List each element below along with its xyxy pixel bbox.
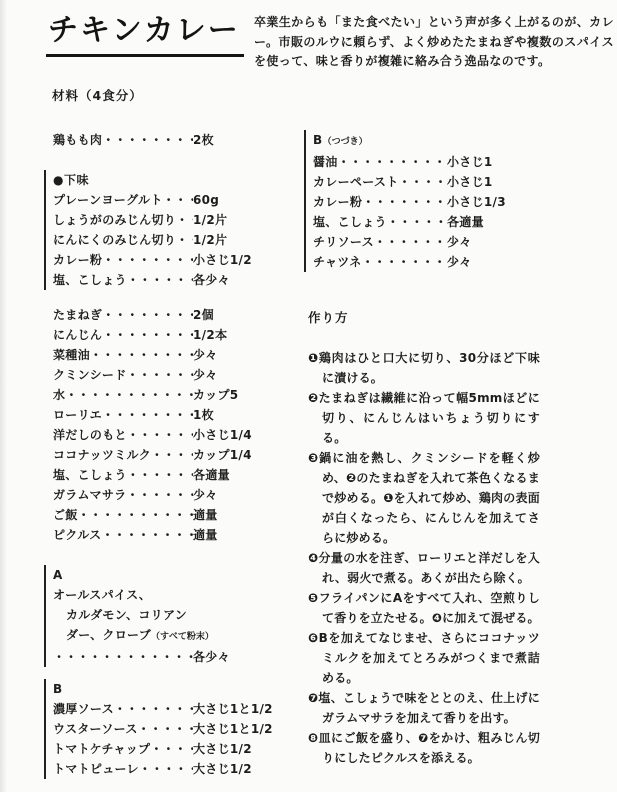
intro-text: 卒業生からも「また食べたい」という声が多く上がるのが、カレー。市販のルウに頼らず…	[254, 13, 614, 72]
ingredient-name: 鶏もも肉	[53, 130, 102, 150]
ingredient-name: たまねぎ	[53, 305, 102, 325]
method-step: ❽皿にご飯を盛り、❼をかけ、粗みじん切りにしたピクルスを添える。	[308, 728, 540, 768]
ingredient-row: 濃厚ソース・・・・・・・・・・・・・・・・・・・・・・・・大さじ1と1/2	[53, 699, 306, 719]
ingredient-row: カレー粉・・・・・・・・・・・・・・・・・・・・・・・・小さじ1/3	[313, 192, 606, 212]
ingredient-name-wrap: しょうがのみじん切り・・・・・・・・・・・・・・・・・・・・・・・・	[53, 210, 193, 230]
ingredient-name-wrap: ローリエ・・・・・・・・・・・・・・・・・・・・・・・・	[53, 405, 193, 425]
ingredient-amount: 適量	[193, 525, 218, 545]
ingredient-amount: 小さじ1	[447, 152, 493, 172]
ingredient-amount: カップ1/4	[193, 445, 252, 465]
ingredient-name-wrap: 濃厚ソース・・・・・・・・・・・・・・・・・・・・・・・・	[53, 699, 193, 719]
dot-leader: ・・・・・・・・・・・・・・・・・・・・・・・・	[102, 325, 193, 345]
ingredient-amount: 1/2片	[193, 230, 227, 250]
ingredient-name: 塩、こしょう	[313, 212, 387, 232]
ingredient-name-wrap: カレー粉・・・・・・・・・・・・・・・・・・・・・・・・	[313, 192, 447, 212]
ingredient-name-wrap: 水・・・・・・・・・・・・・・・・・・・・・・・・	[53, 385, 193, 405]
dot-leader: ・・・・・・・・・・・・・・・・・・・・・・・・	[362, 252, 447, 272]
ingredient-list: たまねぎ・・・・・・・・・・・・・・・・・・・・・・・・2個にんじん・・・・・・…	[44, 305, 306, 545]
ingredient-amount: 適量	[193, 505, 218, 525]
ingredient-line: カルダモン、コリアン	[53, 605, 306, 625]
dot-leader: ・・・・・・・・・・・・・・・・・・・・・・・・	[139, 759, 193, 779]
ingredient-line: ダー、クローブ（すべて粉末）	[53, 625, 306, 647]
dot-leader: ・・・・・・・・・・・・・・・・・・・・・・・・	[102, 250, 193, 270]
method-heading: 作り方	[308, 308, 540, 326]
ingredient-name-wrap: たまねぎ・・・・・・・・・・・・・・・・・・・・・・・・	[53, 305, 193, 325]
ingredient-name: ご飯	[53, 505, 78, 525]
ingredient-row: 塩、こしょう・・・・・・・・・・・・・・・・・・・・・・・・各適量	[313, 212, 606, 232]
ingredient-name: ピクルス	[53, 525, 101, 545]
ingredient-row: 塩、こしょう・・・・・・・・・・・・・・・・・・・・・・・・各少々	[53, 270, 306, 290]
ingredients-left-column: 鶏もも肉・・・・・・・・・・・・・・・・・・・・・・・・2枚●下味プレーンヨーグ…	[44, 130, 306, 779]
ingredient-row: ガラムマサラ・・・・・・・・・・・・・・・・・・・・・・・・少々	[53, 485, 306, 505]
dot-leader: ・・・・・・・・・・・・・・・・・・・・・・・・	[102, 305, 193, 325]
ingredient-name-wrap: にんじん・・・・・・・・・・・・・・・・・・・・・・・・	[53, 325, 193, 345]
ingredient-amount: 各少々	[193, 270, 230, 290]
ingredient-row: ピクルス・・・・・・・・・・・・・・・・・・・・・・・・適量	[53, 525, 306, 545]
dot-leader: ・・・・・・・・・・・・・・・・・・・・・・・・	[101, 525, 193, 545]
ingredient-row: トマトピューレ・・・・・・・・・・・・・・・・・・・・・・・・大さじ1/2	[53, 759, 306, 779]
ingredient-name-wrap: カレーペースト・・・・・・・・・・・・・・・・・・・・・・・・	[313, 172, 447, 192]
method-step: ❶鶏肉はひと口大に切り、30分ほど下味に漬ける。	[308, 348, 540, 388]
method-step: ❸鍋に油を熱し、クミンシードを軽く炒め、❷のたまねぎを入れて茶色くなるまで炒める…	[308, 448, 540, 548]
ingredient-name: チャツネ	[313, 252, 362, 272]
dot-leader: ・・・・・・・・・・・・・・・・・・・・・・・・	[78, 505, 193, 525]
ingredient-group: B濃厚ソース・・・・・・・・・・・・・・・・・・・・・・・・大さじ1と1/2ウス…	[44, 679, 306, 779]
ingredient-name-wrap: 洋だしのもと・・・・・・・・・・・・・・・・・・・・・・・・	[53, 425, 193, 445]
ingredient-name: トマトケチャップ	[53, 739, 150, 759]
ingredient-row: ウスターソース・・・・・・・・・・・・・・・・・・・・・・・・大さじ1と1/2	[53, 719, 306, 739]
ingredient-name: 塩、こしょう	[53, 270, 127, 290]
ingredient-name-wrap: ココナッツミルク・・・・・・・・・・・・・・・・・・・・・・・・	[53, 445, 193, 465]
ingredient-name: ココナッツミルク	[53, 445, 151, 465]
ingredient-group: B（つづき）醤油・・・・・・・・・・・・・・・・・・・・・・・・小さじ1カレーペ…	[304, 130, 606, 272]
dot-leader: ・・・・・・・・・・・・・・・・・・・・・・・・	[102, 130, 193, 150]
dot-leader: ・・・・・・・・・・・・・・・・・・・・・・・・	[176, 230, 193, 250]
ingredient-name: 塩、こしょう	[53, 465, 127, 485]
ingredient-row: にんじん・・・・・・・・・・・・・・・・・・・・・・・・1/2本	[53, 325, 306, 345]
dot-leader: ・・・・・・・・・・・・・・・・・・・・・・・・	[362, 192, 447, 212]
ingredient-amount: 各少々	[193, 647, 230, 667]
ingredient-name: トマトピューレ	[53, 759, 139, 779]
ingredient-row: トマトケチャップ・・・・・・・・・・・・・・・・・・・・・・・・大さじ1/2	[53, 739, 306, 759]
ingredient-name-wrap: トマトピューレ・・・・・・・・・・・・・・・・・・・・・・・・	[53, 759, 193, 779]
ingredient-group-heading: ●下味	[53, 170, 306, 190]
ingredient-line-text: ダー、クローブ	[66, 628, 151, 642]
dot-leader: ・・・・・・・・・・・・・・・・・・・・・・・・	[176, 210, 193, 230]
ingredient-name-wrap: ご飯・・・・・・・・・・・・・・・・・・・・・・・・	[53, 505, 193, 525]
ingredient-row: 水・・・・・・・・・・・・・・・・・・・・・・・・カップ5	[53, 385, 306, 405]
ingredient-group-label: ●下味	[53, 173, 89, 187]
ingredient-row: 鶏もも肉・・・・・・・・・・・・・・・・・・・・・・・・2枚	[53, 130, 306, 150]
ingredient-name-wrap: カレー粉・・・・・・・・・・・・・・・・・・・・・・・・	[53, 250, 193, 270]
ingredient-name-wrap: ・・・・・・・・・・・・・・・・・・・・・・・・	[53, 647, 193, 667]
ingredient-name-wrap: クミンシード・・・・・・・・・・・・・・・・・・・・・・・・	[53, 365, 193, 385]
dot-leader: ・・・・・・・・・・・・・・・・・・・・・・・・	[65, 385, 193, 405]
ingredient-amount: 小さじ1	[447, 172, 493, 192]
dot-leader: ・・・・・・・・・・・・・・・・・・・・・・・・	[90, 345, 193, 365]
ingredient-group: ●下味プレーンヨーグルト・・・・・・・・・・・・・・・・・・・・・・・・60gし…	[44, 170, 306, 290]
page-title: チキンカレー	[46, 14, 244, 57]
ingredient-row: しょうがのみじん切り・・・・・・・・・・・・・・・・・・・・・・・・1/2片	[53, 210, 306, 230]
dot-leader: ・・・・・・・・・・・・・・・・・・・・・・・・	[114, 699, 193, 719]
ingredient-name-wrap: 菜種油・・・・・・・・・・・・・・・・・・・・・・・・	[53, 345, 193, 365]
ingredient-amount: 小さじ1/3	[447, 192, 506, 212]
ingredient-group-heading: A	[53, 565, 306, 585]
method-section: 作り方 ❶鶏肉はひと口大に切り、30分ほど下味に漬ける。❷たまねぎは繊維に沿って…	[308, 308, 540, 768]
ingredient-amount: 各適量	[447, 212, 484, 232]
ingredient-row: 醤油・・・・・・・・・・・・・・・・・・・・・・・・小さじ1	[313, 152, 606, 172]
ingredient-name-wrap: ウスターソース・・・・・・・・・・・・・・・・・・・・・・・・	[53, 719, 193, 739]
ingredient-row: たまねぎ・・・・・・・・・・・・・・・・・・・・・・・・2個	[53, 305, 306, 325]
ingredient-amount: 2個	[193, 305, 214, 325]
ingredient-name-wrap: 塩、こしょう・・・・・・・・・・・・・・・・・・・・・・・・	[313, 212, 447, 232]
ingredient-amount: 大さじ1と1/2	[193, 719, 273, 739]
dot-leader: ・・・・・・・・・・・・・・・・・・・・・・・・	[399, 172, 447, 192]
ingredient-row: チリソース・・・・・・・・・・・・・・・・・・・・・・・・少々	[313, 232, 606, 252]
ingredient-name-wrap: 塩、こしょう・・・・・・・・・・・・・・・・・・・・・・・・	[53, 270, 193, 290]
ingredient-amount: 1/2本	[193, 325, 227, 345]
ingredient-amount: 少々	[447, 252, 472, 272]
ingredient-group-heading: B	[53, 679, 306, 699]
dot-leader: ・・・・・・・・・・・・・・・・・・・・・・・・	[53, 647, 193, 667]
ingredient-amount: 小さじ1/4	[193, 425, 252, 445]
ingredients-right-column: B（つづき）醤油・・・・・・・・・・・・・・・・・・・・・・・・小さじ1カレーペ…	[304, 130, 606, 272]
ingredient-name-wrap: にんにくのみじん切り・・・・・・・・・・・・・・・・・・・・・・・・	[53, 230, 193, 250]
ingredient-group-note: （つづき）	[323, 137, 368, 147]
ingredient-amount: 少々	[193, 365, 218, 385]
ingredient-name: 菜種油	[53, 345, 90, 365]
ingredient-name: にんじん	[53, 325, 102, 345]
ingredient-row: ご飯・・・・・・・・・・・・・・・・・・・・・・・・適量	[53, 505, 306, 525]
dot-leader: ・・・・・・・・・・・・・・・・・・・・・・・・	[127, 465, 193, 485]
ingredient-amount: カップ5	[193, 385, 238, 405]
ingredient-name-wrap: チャツネ・・・・・・・・・・・・・・・・・・・・・・・・	[313, 252, 447, 272]
ingredient-name: クミンシード	[53, 365, 127, 385]
ingredient-name-wrap: トマトケチャップ・・・・・・・・・・・・・・・・・・・・・・・・	[53, 739, 193, 759]
ingredient-name: チリソース	[313, 232, 374, 252]
method-step: ❼塩、こしょうで味をととのえ、仕上げにガラムマサラを加えて香りを出す。	[308, 688, 540, 728]
ingredient-amount: 大さじ1/2	[193, 759, 252, 779]
dot-leader: ・・・・・・・・・・・・・・・・・・・・・・・・	[151, 445, 193, 465]
dot-leader: ・・・・・・・・・・・・・・・・・・・・・・・・	[127, 270, 193, 290]
method-step: ❻Bを加えてなじませ、さらにココナッツミルクを加えてとろみがつくまで煮詰める。	[308, 628, 540, 688]
dot-leader: ・・・・・・・・・・・・・・・・・・・・・・・・	[163, 190, 193, 210]
ingredient-row: クミンシード・・・・・・・・・・・・・・・・・・・・・・・・少々	[53, 365, 306, 385]
dot-leader: ・・・・・・・・・・・・・・・・・・・・・・・・	[102, 405, 193, 425]
ingredient-row: ローリエ・・・・・・・・・・・・・・・・・・・・・・・・1枚	[53, 405, 306, 425]
ingredient-group-heading: B（つづき）	[313, 130, 606, 152]
ingredient-name: ガラムマサラ	[53, 485, 126, 505]
dot-leader: ・・・・・・・・・・・・・・・・・・・・・・・・	[338, 152, 447, 172]
ingredient-row: カレーペースト・・・・・・・・・・・・・・・・・・・・・・・・小さじ1	[313, 172, 606, 192]
dot-leader: ・・・・・・・・・・・・・・・・・・・・・・・・	[127, 365, 193, 385]
ingredient-amount: 60g	[193, 190, 219, 210]
ingredient-name-wrap: プレーンヨーグルト・・・・・・・・・・・・・・・・・・・・・・・・	[53, 190, 193, 210]
ingredient-row: 洋だしのもと・・・・・・・・・・・・・・・・・・・・・・・・小さじ1/4	[53, 425, 306, 445]
ingredients-heading: 材料（4食分）	[52, 86, 143, 104]
ingredient-line-text: オールスパイス、	[53, 588, 151, 602]
dot-leader: ・・・・・・・・・・・・・・・・・・・・・・・・	[374, 232, 447, 252]
ingredient-amount: 小さじ1/2	[193, 250, 252, 270]
dot-leader: ・・・・・・・・・・・・・・・・・・・・・・・・	[387, 212, 447, 232]
ingredient-name-wrap: 塩、こしょう・・・・・・・・・・・・・・・・・・・・・・・・	[53, 465, 193, 485]
ingredient-name: ローリエ	[53, 405, 102, 425]
ingredient-name-wrap: 醤油・・・・・・・・・・・・・・・・・・・・・・・・	[313, 152, 447, 172]
ingredient-amount: 1枚	[193, 405, 214, 425]
ingredient-name-wrap: ガラムマサラ・・・・・・・・・・・・・・・・・・・・・・・・	[53, 485, 193, 505]
ingredient-list: 鶏もも肉・・・・・・・・・・・・・・・・・・・・・・・・2枚	[44, 130, 306, 150]
ingredient-group-label: B	[53, 682, 63, 696]
ingredient-amount: 少々	[193, 485, 218, 505]
ingredient-amount: 2枚	[193, 130, 214, 150]
ingredient-line: オールスパイス、	[53, 585, 306, 605]
ingredient-row: 塩、こしょう・・・・・・・・・・・・・・・・・・・・・・・・各適量	[53, 465, 306, 485]
dot-leader: ・・・・・・・・・・・・・・・・・・・・・・・・	[138, 719, 193, 739]
ingredient-name: にんにくのみじん切り	[53, 230, 176, 250]
ingredient-amount: 1/2片	[193, 210, 227, 230]
ingredient-name: ウスターソース	[53, 719, 138, 739]
ingredient-name: カレーペースト	[313, 172, 399, 192]
ingredient-amount: 大さじ1/2	[193, 739, 252, 759]
ingredient-row: にんにくのみじん切り・・・・・・・・・・・・・・・・・・・・・・・・1/2片	[53, 230, 306, 250]
ingredient-name: 濃厚ソース	[53, 699, 114, 719]
ingredient-amount: 各適量	[193, 465, 230, 485]
ingredient-name-wrap: チリソース・・・・・・・・・・・・・・・・・・・・・・・・	[313, 232, 447, 252]
ingredient-name: カレー粉	[313, 192, 362, 212]
dot-leader: ・・・・・・・・・・・・・・・・・・・・・・・・	[127, 425, 193, 445]
ingredient-row: ・・・・・・・・・・・・・・・・・・・・・・・・各少々	[53, 647, 306, 667]
method-step: ❹分量の水を注ぎ、ローリエと洋だしを入れ、弱火で煮る。あくが出たら除く。	[308, 548, 540, 588]
ingredient-amount: 少々	[447, 232, 472, 252]
method-step: ❺フライパンにAをすべて入れ、空煎りして香りを立たせる。❹に加えて混ぜる。	[308, 588, 540, 628]
ingredient-group-label: B	[313, 133, 323, 147]
ingredient-amount: 少々	[193, 345, 218, 365]
ingredient-name: プレーンヨーグルト	[53, 190, 163, 210]
ingredient-group: Aオールスパイス、カルダモン、コリアンダー、クローブ（すべて粉末）・・・・・・・…	[44, 565, 306, 667]
recipe-page: チキンカレー 卒業生からも「また食べたい」という声が多く上がるのが、カレー。市販…	[0, 0, 617, 792]
dot-leader: ・・・・・・・・・・・・・・・・・・・・・・・・	[126, 485, 193, 505]
ingredient-line-text: カルダモン、コリアン	[66, 608, 187, 622]
ingredient-name: しょうがのみじん切り	[53, 210, 176, 230]
ingredient-row: 菜種油・・・・・・・・・・・・・・・・・・・・・・・・少々	[53, 345, 306, 365]
ingredient-row: ココナッツミルク・・・・・・・・・・・・・・・・・・・・・・・・カップ1/4	[53, 445, 306, 465]
ingredient-name: 洋だしのもと	[53, 425, 127, 445]
ingredient-line-note: （すべて粉末）	[151, 632, 214, 642]
ingredient-row: チャツネ・・・・・・・・・・・・・・・・・・・・・・・・少々	[313, 252, 606, 272]
ingredient-group-label: A	[53, 568, 63, 582]
ingredient-name: 醤油	[313, 152, 338, 172]
ingredient-row: プレーンヨーグルト・・・・・・・・・・・・・・・・・・・・・・・・60g	[53, 190, 306, 210]
method-steps: ❶鶏肉はひと口大に切り、30分ほど下味に漬ける。❷たまねぎは繊維に沿って幅5mm…	[308, 348, 540, 768]
ingredient-amount: 大さじ1と1/2	[193, 699, 273, 719]
ingredient-name-wrap: ピクルス・・・・・・・・・・・・・・・・・・・・・・・・	[53, 525, 193, 545]
ingredient-name-wrap: 鶏もも肉・・・・・・・・・・・・・・・・・・・・・・・・	[53, 130, 193, 150]
ingredient-name: 水	[53, 385, 65, 405]
dot-leader: ・・・・・・・・・・・・・・・・・・・・・・・・	[150, 739, 193, 759]
ingredient-name: カレー粉	[53, 250, 102, 270]
ingredient-row: カレー粉・・・・・・・・・・・・・・・・・・・・・・・・小さじ1/2	[53, 250, 306, 270]
method-step: ❷たまねぎは繊維に沿って幅5mmほどに切り、にんじんはいちょう切りにする。	[308, 388, 540, 448]
